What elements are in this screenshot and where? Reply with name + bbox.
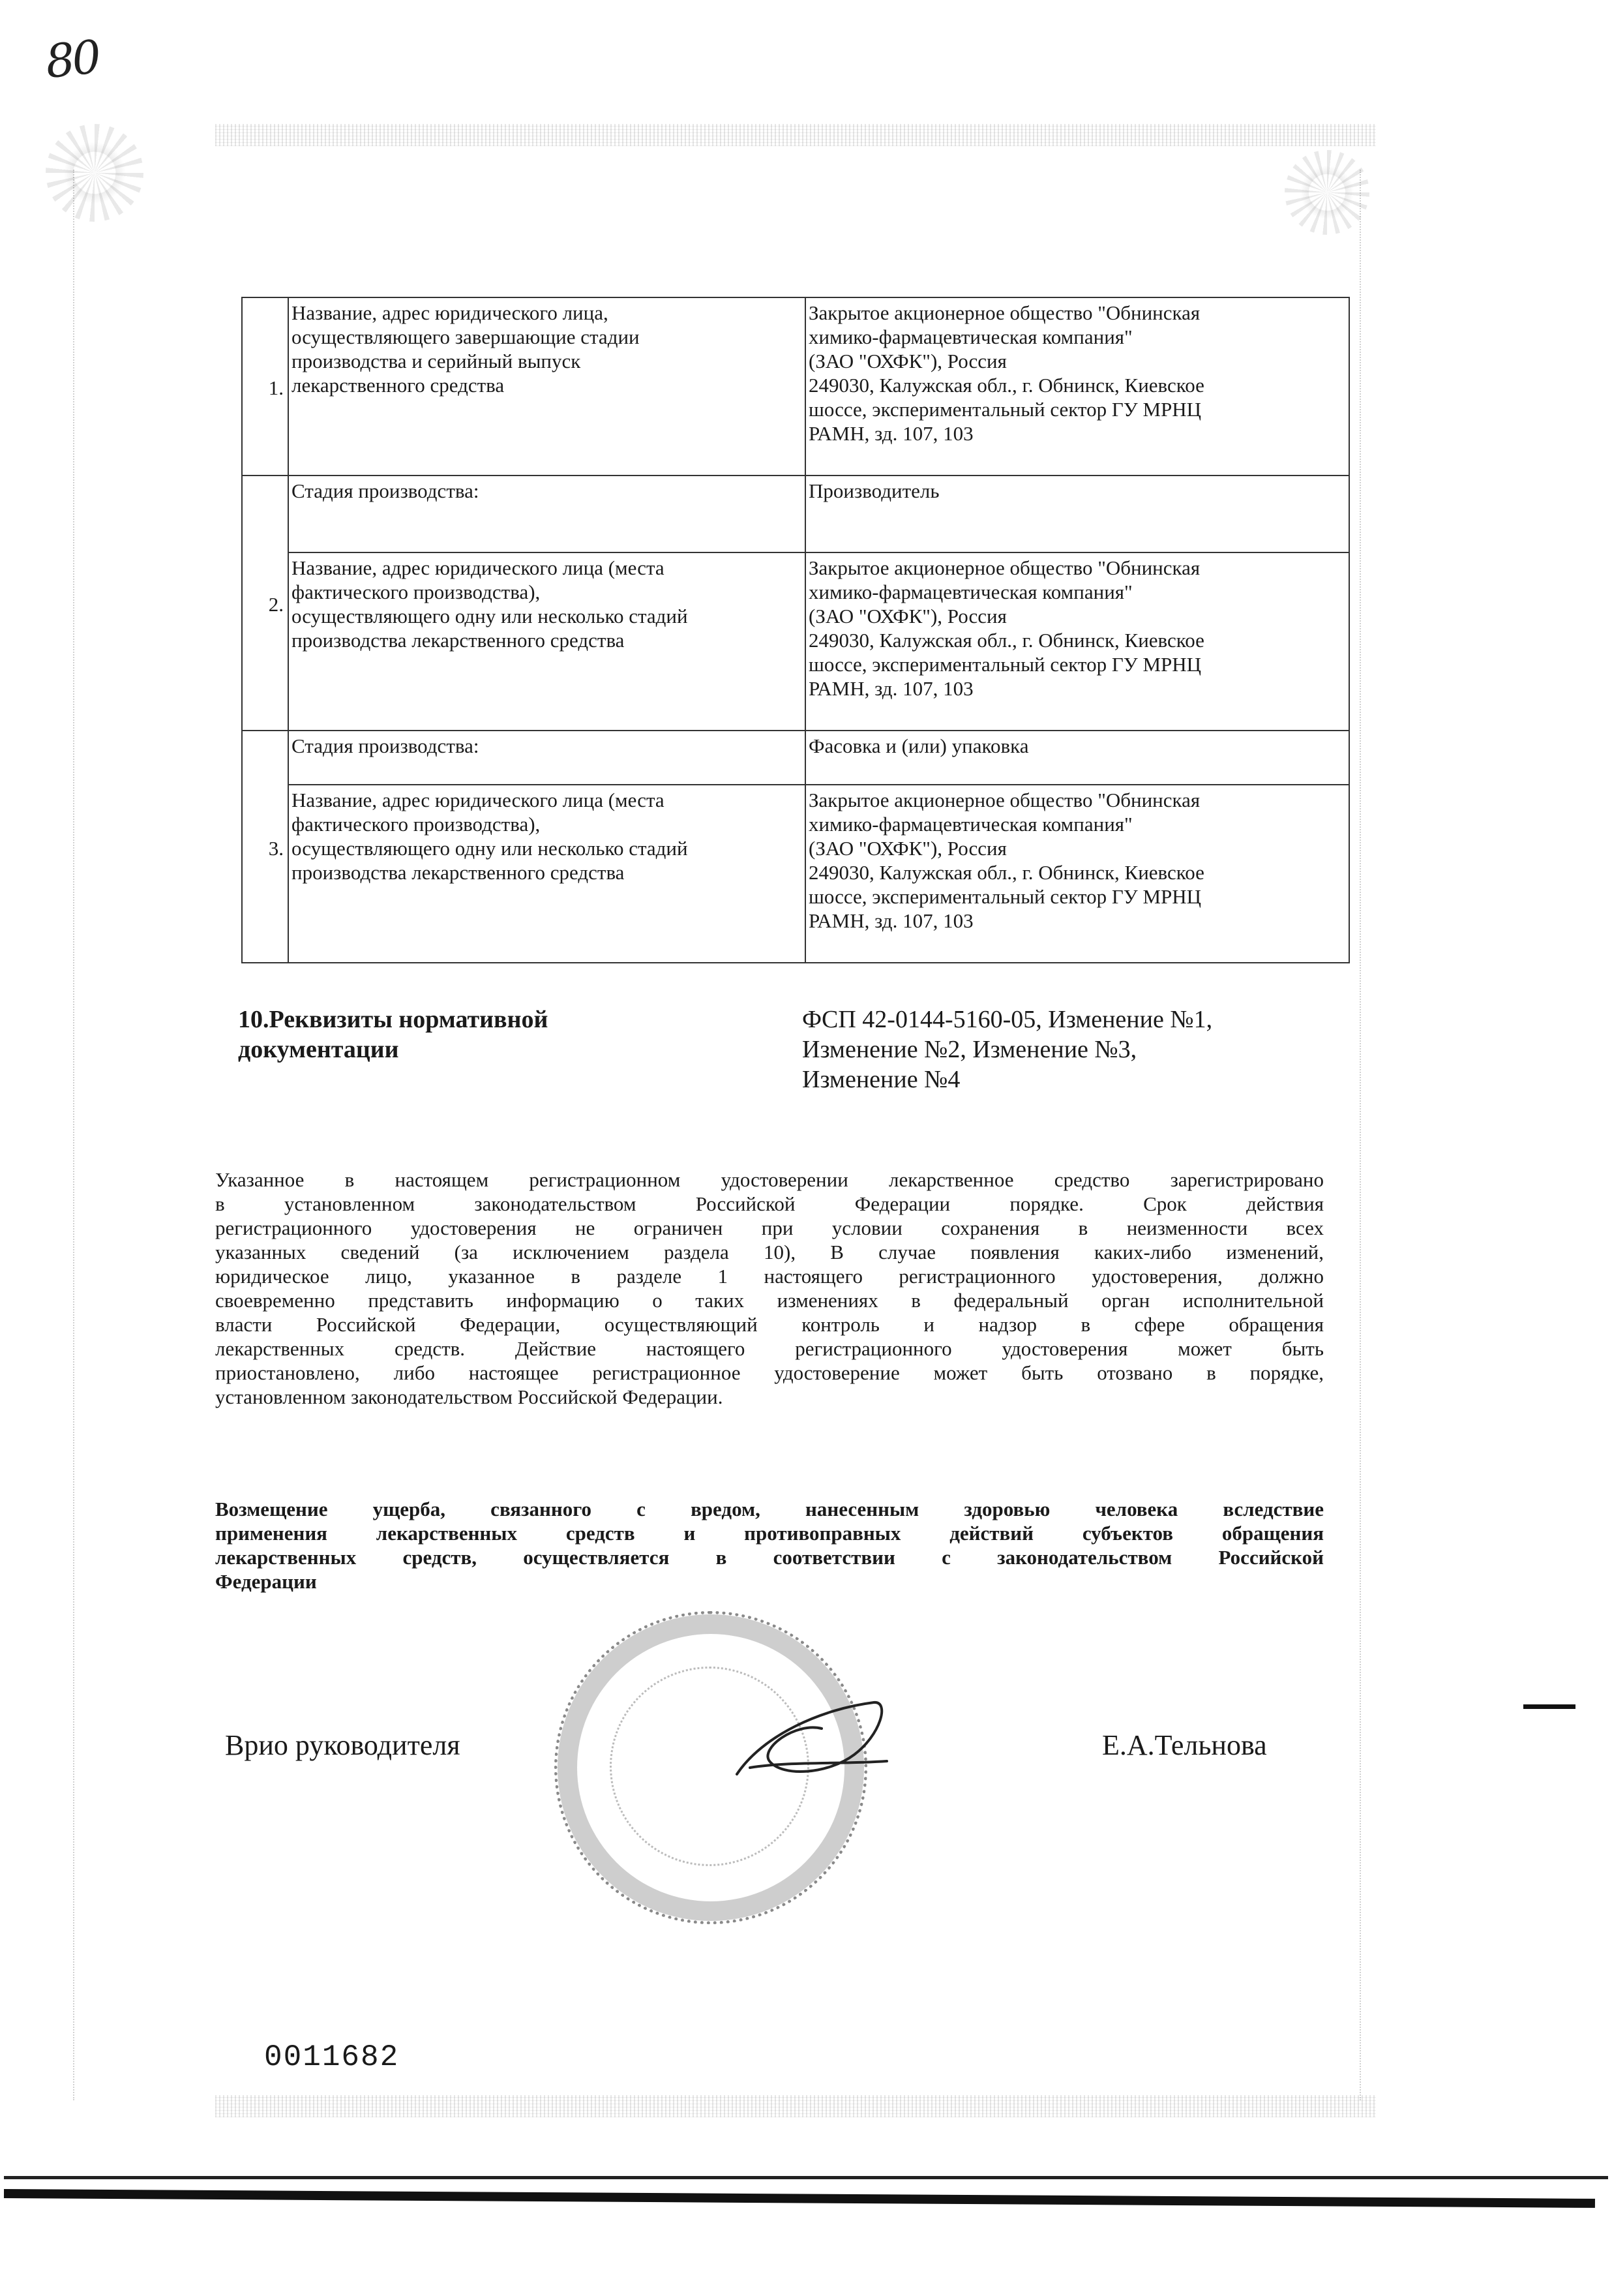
section-10-value: ФСП 42-0144-5160-05, Изменение №1, Измен… (802, 1004, 1356, 1095)
value-line: химико-фармацевтическая компания" (809, 325, 1346, 349)
scan-edge-bar (4, 2189, 1595, 2208)
stage-label: Стадия производства: (288, 476, 805, 552)
value-line: Закрытое акционерное общество "Обнинская (809, 556, 1346, 580)
paragraph-line: применения лекарственных средств и проти… (215, 1521, 1324, 1545)
table-row-stage: 3. Стадия производства: Фасовка и (или) … (242, 731, 1349, 785)
label-line: Название, адрес юридического лица (места (291, 788, 802, 812)
label-line: производства лекарственного средства (291, 628, 802, 652)
label-line: фактического производства), (291, 812, 802, 836)
table-row: 1. Название, адрес юридического лица, ос… (242, 297, 1349, 476)
section-title-line: 10.Реквизиты нормативной (238, 1004, 694, 1035)
damage-compensation-paragraph: Возмещение ущерба, связанного с вредом, … (215, 1497, 1324, 1594)
table-row: Название, адрес юридического лица (места… (242, 552, 1349, 731)
row-value: Закрытое акционерное общество "Обнинская… (805, 552, 1349, 731)
paragraph-line: указанных сведений (за исключением разде… (215, 1240, 1324, 1264)
manufacturing-sites-table: 1. Название, адрес юридического лица, ос… (241, 297, 1350, 963)
label-line: производства и серийный выпуск (291, 349, 802, 373)
paragraph-line: власти Российской Федерации, осуществляю… (215, 1312, 1324, 1337)
handwritten-signature-icon (724, 1696, 893, 1787)
registration-validity-paragraph: Указанное в настоящем регистрационном уд… (215, 1168, 1324, 1409)
value-line: РАМН, зд. 107, 103 (809, 421, 1346, 446)
paragraph-line: регистрационного удостоверения не ограни… (215, 1216, 1324, 1240)
value-line: Закрытое акционерное общество "Обнинская (809, 301, 1346, 325)
label-line: Название, адрес юридического лица (места (291, 556, 802, 580)
value-line: (ЗАО "ОХФК"), Россия (809, 349, 1346, 373)
paragraph-line: лекарственных средств, осуществляется в … (215, 1545, 1324, 1569)
paragraph-line: приостановлено, либо настоящее регистрац… (215, 1361, 1324, 1385)
value-line: (ЗАО "ОХФК"), Россия (809, 604, 1346, 628)
border-guide-left (73, 170, 74, 2100)
corner-ornament-top-left (46, 124, 143, 222)
value-line: химико-фармацевтическая компания" (809, 812, 1346, 836)
section-10-title: 10.Реквизиты нормативной документации (238, 1004, 694, 1065)
label-line: осуществляющего одну или несколько стади… (291, 836, 802, 860)
section-value-line: Изменение №2, Изменение №3, (802, 1035, 1356, 1065)
value-line: 249030, Калужская обл., г. Обнинск, Киев… (809, 628, 1346, 652)
label-line: фактического производства), (291, 580, 802, 604)
handwritten-page-mark: 80 (43, 30, 101, 89)
paragraph-line: в установленном законодательством Россий… (215, 1192, 1324, 1216)
paragraph-line: своевременно представить информацию о та… (215, 1288, 1324, 1312)
table-row-stage: 2. Стадия производства: Производитель (242, 476, 1349, 552)
value-line: (ЗАО "ОХФК"), Россия (809, 836, 1346, 860)
section-title-line: документации (238, 1035, 694, 1065)
label-line: Название, адрес юридического лица, (291, 301, 802, 325)
value-line: 249030, Калужская обл., г. Обнинск, Киев… (809, 860, 1346, 884)
value-line: РАМН, зд. 107, 103 (809, 909, 1346, 933)
value-line: Закрытое акционерное общество "Обнинская (809, 788, 1346, 812)
stage-value: Производитель (805, 476, 1349, 552)
label-line: производства лекарственного средства (291, 860, 802, 884)
top-guilloche-band (215, 124, 1376, 146)
row-label: Название, адрес юридического лица (места… (288, 552, 805, 731)
value-line: РАМН, зд. 107, 103 (809, 676, 1346, 701)
row-label: Название, адрес юридического лица, осуще… (288, 297, 805, 476)
stage-label: Стадия производства: (288, 731, 805, 785)
corner-ornament-top-right (1285, 150, 1369, 235)
table-row: Название, адрес юридического лица (места… (242, 785, 1349, 963)
paragraph-line: Федерации (215, 1569, 1324, 1594)
border-guide-right (1360, 170, 1361, 2100)
bottom-guilloche-band (215, 2095, 1376, 2117)
signatory-name: Е.А.Тельнова (1102, 1729, 1267, 1762)
section-value-line: ФСП 42-0144-5160-05, Изменение №1, (802, 1004, 1356, 1035)
value-line: шоссе, экспериментальный сектор ГУ МРНЦ (809, 884, 1346, 909)
paragraph-line: юридическое лицо, указанное в разделе 1 … (215, 1264, 1324, 1288)
value-line: шоссе, экспериментальный сектор ГУ МРНЦ (809, 652, 1346, 676)
form-serial-number: 0011682 (264, 2040, 399, 2074)
signatory-position: Врио руководителя (225, 1729, 460, 1762)
label-line: осуществляющего одну или несколько стади… (291, 604, 802, 628)
value-line: шоссе, экспериментальный сектор ГУ МРНЦ (809, 397, 1346, 421)
label-line: лекарственного средства (291, 373, 802, 397)
row-value: Закрытое акционерное общество "Обнинская… (805, 297, 1349, 476)
paragraph-line: Возмещение ущерба, связанного с вредом, … (215, 1497, 1324, 1521)
paragraph-line: установленном законодательством Российск… (215, 1385, 1324, 1409)
row-number: 3. (242, 731, 288, 963)
stage-value: Фасовка и (или) упаковка (805, 731, 1349, 785)
value-line: 249030, Калужская обл., г. Обнинск, Киев… (809, 373, 1346, 397)
scan-edge-line (4, 2176, 1608, 2179)
row-number: 1. (242, 297, 288, 476)
row-number: 2. (242, 476, 288, 731)
paragraph-line: лекарственных средств. Действие настояще… (215, 1337, 1324, 1361)
paragraph-line: Указанное в настоящем регистрационном уд… (215, 1168, 1324, 1192)
margin-dash (1523, 1704, 1575, 1709)
value-line: химико-фармацевтическая компания" (809, 580, 1346, 604)
label-line: осуществляющего завершающие стадии (291, 325, 802, 349)
row-value: Закрытое акционерное общество "Обнинская… (805, 785, 1349, 963)
section-value-line: Изменение №4 (802, 1065, 1356, 1095)
row-label: Название, адрес юридического лица (места… (288, 785, 805, 963)
